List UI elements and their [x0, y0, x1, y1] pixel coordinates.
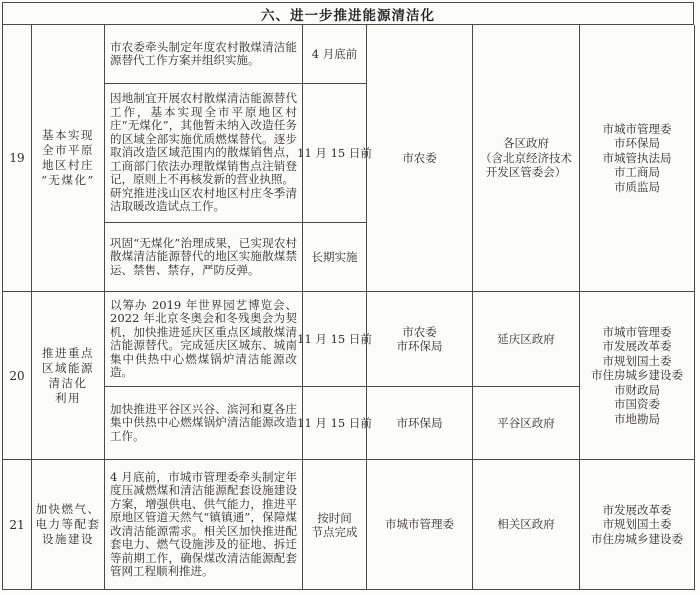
- row20-support-units: 市城市管理委 市发展改革委 市规划国土委 市住房城乡建设委 市财政局 市国资委 …: [580, 292, 695, 460]
- support-unit: 市质监局: [614, 180, 660, 195]
- support-unit: 市财政局: [614, 383, 660, 398]
- support-unit: 市国资委: [614, 397, 660, 412]
- scanned-document-page: 六、进一步推进能源清洁化 19 基本实现 全市平原 地区村庄 “无煤化” 市农委…: [0, 0, 700, 595]
- row20-deadline-1: 11 月 15 日前: [303, 292, 367, 387]
- support-unit: 市发展改革委: [603, 503, 672, 518]
- support-unit: 市环保局: [614, 136, 660, 151]
- row19-measure-2-text: 因地制宜开展农村散煤清洁能源替代工作，基本实现全市平原地区村庄“无煤化”，其他暂…: [105, 84, 303, 223]
- row21-number: 21: [3, 460, 32, 590]
- row19-support-units: 市城市管理委 市环保局 市城管执法局 市工商局 市质监局: [580, 25, 695, 292]
- row20-district-unit-2: 平谷区政府: [473, 387, 580, 460]
- support-unit: 市住房城乡建设委: [591, 532, 683, 547]
- support-unit: 市城管执法局: [603, 151, 672, 166]
- task-table: 19 基本实现 全市平原 地区村庄 “无煤化” 市农委牵头制定年度农村散煤清洁能…: [2, 25, 694, 590]
- row19-number: 19: [3, 25, 32, 292]
- row19-deadline-2: 11 月 15 日前: [303, 84, 367, 223]
- support-unit: 市工商局: [614, 165, 660, 180]
- row21-deadline-1: 按时间 节点完成: [303, 460, 367, 590]
- row20-measure-1-text: 以筹办 2019 年世界园艺博览会、2022 年北京冬奥会和冬残奥会为契机，加快…: [105, 292, 303, 387]
- support-unit: 市发展改革委: [603, 339, 672, 354]
- row20-lead-unit-2: 市环保局: [367, 387, 473, 460]
- row20-task-title: 推进重点 区域能源 清洁化 利用: [32, 292, 105, 460]
- row19-lead-unit: 市农委: [367, 25, 473, 292]
- row21-support-units: 市发展改革委 市规划国土委 市住房城乡建设委: [580, 460, 695, 590]
- section-title: 六、进一步推进能源清洁化: [261, 4, 435, 24]
- row20-district-unit-1: 延庆区政府: [473, 292, 580, 387]
- row19-deadline-1: 4 月底前: [303, 25, 367, 84]
- row20-deadline-2: 11 月 15 日前: [303, 387, 367, 460]
- row19-measure-1-text: 市农委牵头制定年度农村散煤清洁能源替代工作方案并组织实施。: [105, 25, 303, 84]
- row21-measure-1-text: 4 月底前，市城市管理委牵头制定年度压减燃煤和清洁能源配套设施建设方案，增强供电…: [105, 460, 303, 590]
- row21-district-unit: 相关区政府: [473, 460, 580, 590]
- row19-measure-3-text: 巩固“无煤化”治理成果，已实现农村散煤清洁能源替代的地区实施散煤禁运、禁售、禁存…: [105, 223, 303, 292]
- row21-task-title: 加快燃气、 电力等配套 设施建设: [32, 460, 105, 590]
- support-unit: 市规划国土委: [603, 354, 672, 369]
- support-unit: 市规划国土委: [603, 517, 672, 532]
- row21-lead-unit: 市城市管理委: [367, 460, 473, 590]
- support-unit: 市住房城乡建设委: [591, 368, 683, 383]
- row20-measure-2-text: 加快推进平谷区兴谷、滨河和夏各庄集中供热中心燃煤锅炉清洁能源改造工作。: [105, 387, 303, 460]
- row20-number: 20: [3, 292, 32, 460]
- support-unit: 市城市管理委: [603, 325, 672, 340]
- support-unit: 市地勘局: [614, 412, 660, 427]
- row19-district-unit: 各区政府 （含北京经济技术 开发区管委会）: [473, 25, 580, 292]
- section-header: 六、进一步推进能源清洁化: [2, 2, 694, 25]
- row20-lead-unit-1: 市农委 市环保局: [367, 292, 473, 387]
- support-unit: 市城市管理委: [603, 122, 672, 137]
- row19-task-title: 基本实现 全市平原 地区村庄 “无煤化”: [32, 25, 105, 292]
- row19-deadline-3: 长期实施: [303, 223, 367, 292]
